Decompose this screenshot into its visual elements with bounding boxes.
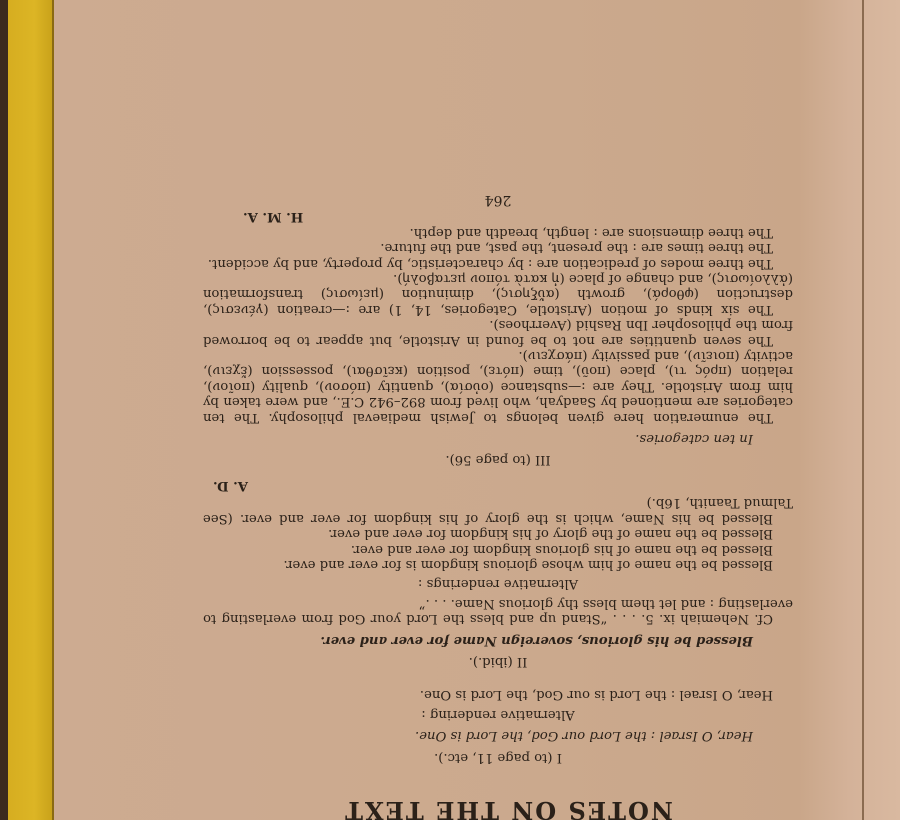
- page-text: NOTES ON THE TEXT I (to page 11, etc.). …: [203, 192, 793, 818]
- note-2-alt-label: Alternative renderings :: [203, 576, 793, 591]
- note-3-paragraph: The six kinds of motion (Aristotle, Cate…: [203, 271, 793, 317]
- note-1-alt-line: Hear, O Israel : the Lord is our God, th…: [203, 687, 793, 702]
- page-fold-line: [862, 0, 864, 820]
- note-2-alt-line: Blessed be the name of his glorious king…: [203, 541, 793, 556]
- page-number: 264: [203, 192, 793, 207]
- note-2-alt-line: Blessed be the name of the glory of his …: [203, 526, 793, 541]
- note-1-quote: Hear, O Israel : the Lord our God, the L…: [203, 728, 753, 743]
- note-2-quote: Blessed be his glorious, sovereign Name …: [203, 632, 753, 647]
- page-heading: NOTES ON THE TEXT: [203, 803, 793, 818]
- dark-background-edge: [0, 0, 8, 820]
- note-1-alt-label: Alternative rendering :: [203, 706, 793, 721]
- note-3-paragraph: The three times are : the present, the p…: [203, 240, 793, 255]
- note-3-paragraph: The enumeration here given belongs to Je…: [203, 348, 793, 425]
- note-2-signature: A. D.: [213, 478, 793, 493]
- note-3-paragraph: The three dimensions are : length, bread…: [203, 224, 793, 239]
- note-3-paragraph: The seven quantities are not to be found…: [203, 317, 793, 348]
- note-3-paragraph: The three modes of predication are : by …: [203, 255, 793, 270]
- rotated-book-photo: NOTES ON THE TEXT I (to page 11, etc.). …: [0, 0, 900, 820]
- note-3-quote: In ten categories.: [203, 431, 753, 446]
- note-2-title: II (ibid.).: [203, 654, 793, 669]
- note-2-alt-line: Blessed be his Name, which is the glory …: [203, 495, 793, 526]
- note-3-signature: H. M. A.: [243, 209, 793, 224]
- note-2-body: Cf. Nehemiah ix. 5. . . . “Stand up and …: [203, 595, 793, 626]
- yellow-book-edge: [8, 0, 54, 820]
- book-page: NOTES ON THE TEXT I (to page 11, etc.). …: [54, 0, 900, 820]
- note-1-title: I (to page 11, etc.).: [203, 749, 793, 764]
- note-2-alt-line: Blessed be the name of him whose gloriou…: [203, 557, 793, 572]
- note-3-title: III (to page 56).: [203, 452, 793, 467]
